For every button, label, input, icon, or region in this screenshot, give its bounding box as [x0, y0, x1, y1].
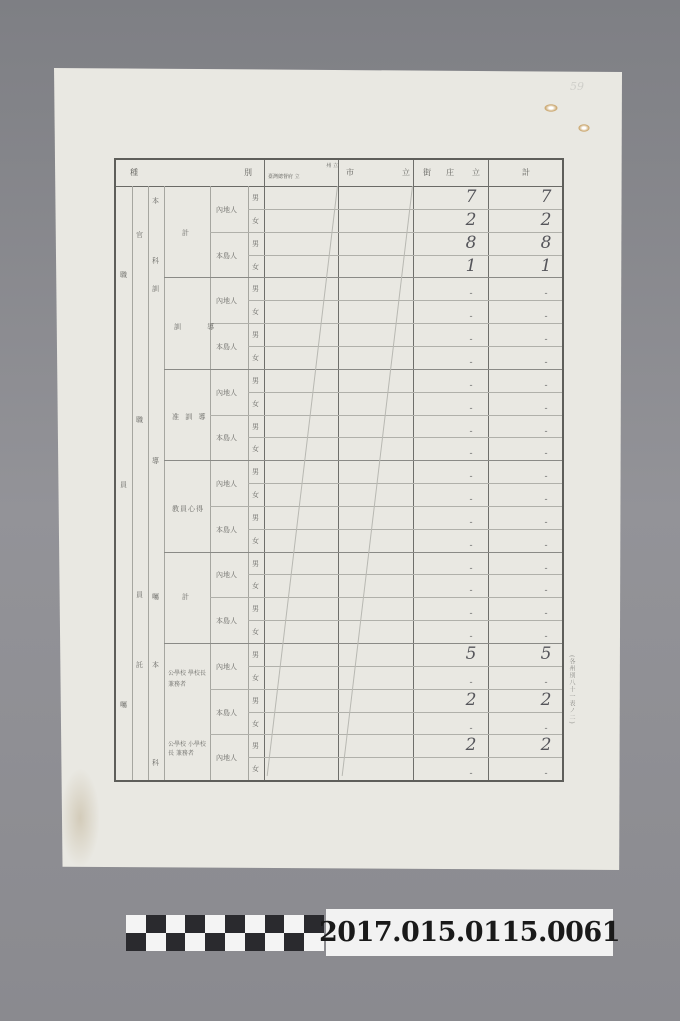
handwritten-count: 1: [461, 256, 481, 276]
row-divider: [248, 209, 562, 210]
empty-dash: -: [461, 495, 481, 505]
col-divider: [338, 160, 339, 780]
empty-dash: -: [536, 564, 556, 574]
row-divider: [248, 437, 562, 438]
checker-square: [185, 933, 205, 951]
row-divider: [248, 255, 562, 256]
row-divider: [248, 483, 562, 484]
empty-dash: -: [536, 678, 556, 688]
label-group: 訓: [152, 284, 159, 294]
col-divider: [264, 160, 265, 780]
checker-square: [225, 915, 245, 933]
label-sex: 男: [252, 467, 259, 477]
label-group: 員: [136, 590, 143, 600]
header-category-left: 種: [130, 167, 138, 178]
row-divider: [210, 232, 562, 233]
empty-dash: -: [461, 564, 481, 574]
row-divider: [248, 620, 562, 621]
label-group: 託: [136, 660, 143, 670]
header-col2-right: 立: [402, 167, 410, 178]
checker-square: [166, 933, 186, 951]
label-ethnicity: 內地人: [216, 479, 237, 489]
checker-square: [126, 915, 146, 933]
row-divider: [210, 689, 562, 690]
checker-square: [265, 933, 285, 951]
checker-square: [245, 915, 265, 933]
handwritten-count: 5: [536, 644, 556, 664]
label-group: 導: [152, 456, 159, 466]
label-sex: 女: [252, 216, 259, 226]
empty-dash: -: [536, 449, 556, 459]
rust-stain: [544, 104, 558, 112]
empty-dash: -: [536, 518, 556, 528]
empty-dash: -: [536, 724, 556, 734]
handwritten-count: 7: [461, 187, 481, 207]
checker-square: [284, 915, 304, 933]
label-sex: 女: [252, 490, 259, 500]
checker-square: [225, 933, 245, 951]
label-ethnicity: 內地人: [216, 753, 237, 763]
empty-dash: -: [461, 449, 481, 459]
label-ethnicity: 本島人: [216, 616, 237, 626]
label-group: 科: [152, 758, 159, 768]
label-outer: 員: [120, 480, 127, 490]
header-col3-a: 街: [423, 167, 431, 178]
label-subgroup: 准 訓 導: [172, 412, 207, 422]
checker-square: [185, 915, 205, 933]
checker-square: [284, 933, 304, 951]
label-subgroup: 公學校 小學校長 兼務者: [168, 740, 208, 758]
catalog-label: 2017.015.0115.0061: [126, 909, 613, 956]
empty-dash: -: [461, 404, 481, 414]
empty-dash: -: [536, 404, 556, 414]
empty-dash: -: [461, 541, 481, 551]
checker-square: [166, 915, 186, 933]
label-sex: 男: [252, 284, 259, 294]
category-divider: [164, 186, 165, 780]
label-ethnicity: 內地人: [216, 662, 237, 672]
empty-dash: -: [536, 381, 556, 391]
label-sex: 女: [252, 536, 259, 546]
label-group: 本: [152, 196, 159, 206]
checker-square: [146, 933, 166, 951]
empty-dash: -: [461, 518, 481, 528]
margin-note: (各州別八十一表ノ二): [567, 655, 576, 725]
empty-dash: -: [461, 358, 481, 368]
category-divider: [210, 186, 211, 780]
empty-dash: -: [536, 769, 556, 779]
label-sex: 女: [252, 719, 259, 729]
empty-dash: -: [536, 472, 556, 482]
strike-line-col2: [342, 186, 413, 776]
row-divider: [164, 643, 562, 644]
color-scale-checkerboard: [126, 915, 324, 951]
label-ethnicity: 內地人: [216, 388, 237, 398]
col-divider: [488, 160, 489, 780]
empty-dash: -: [461, 335, 481, 345]
empty-dash: -: [536, 312, 556, 322]
label-sex: 女: [252, 307, 259, 317]
checker-square: [126, 933, 146, 951]
label-sex: 女: [252, 764, 259, 774]
label-outer: 職: [120, 270, 127, 280]
handwritten-count: 8: [536, 233, 556, 253]
pencil-note: 59: [570, 80, 584, 93]
row-divider: [248, 392, 562, 393]
label-sex: 女: [252, 627, 259, 637]
empty-dash: -: [461, 769, 481, 779]
empty-dash: -: [461, 427, 481, 437]
empty-dash: -: [461, 678, 481, 688]
label-sex: 女: [252, 262, 259, 272]
label-sex: 男: [252, 604, 259, 614]
row-divider: [248, 757, 562, 758]
label-sex: 女: [252, 399, 259, 409]
handwritten-count: 2: [536, 210, 556, 230]
empty-dash: -: [461, 724, 481, 734]
statistics-table: 種 別 州 立 臺灣總督府 立 市 立 街 庄 立 計 職 員 囑 官 職 員 …: [114, 158, 564, 782]
empty-dash: -: [461, 609, 481, 619]
handwritten-count: 2: [536, 690, 556, 710]
label-group: 官: [136, 230, 143, 240]
header-col3-b: 庄: [446, 167, 454, 178]
empty-dash: -: [461, 312, 481, 322]
empty-dash: -: [461, 381, 481, 391]
checker-square: [265, 915, 285, 933]
label-ethnicity: 內地人: [216, 205, 237, 215]
label-sex: 女: [252, 581, 259, 591]
rust-stain: [578, 124, 590, 132]
handwritten-count: 2: [536, 735, 556, 755]
label-sex: 男: [252, 376, 259, 386]
header-col1-bottom: 臺灣總督府 立: [268, 173, 338, 180]
label-sex: 男: [252, 650, 259, 660]
label-ethnicity: 內地人: [216, 570, 237, 580]
header-category-right: 別: [244, 167, 252, 178]
header-col2-left: 市: [346, 167, 354, 178]
row-divider: [248, 712, 562, 713]
checker-square: [205, 933, 225, 951]
label-sex: 男: [252, 330, 259, 340]
empty-dash: -: [461, 632, 481, 642]
label-subgroup: 公學校 學校長 兼務者: [168, 668, 208, 690]
row-divider: [248, 574, 562, 575]
empty-dash: -: [536, 586, 556, 596]
empty-dash: -: [536, 495, 556, 505]
label-sex: 男: [252, 239, 259, 249]
label-ethnicity: 本島人: [216, 708, 237, 718]
label-sex: 男: [252, 741, 259, 751]
row-divider: [248, 346, 562, 347]
handwritten-count: 5: [461, 644, 481, 664]
label-sex: 男: [252, 422, 259, 432]
row-divider: [164, 369, 562, 370]
row-divider: [210, 323, 562, 324]
col-divider: [413, 160, 414, 780]
row-divider: [210, 597, 562, 598]
handwritten-count: 2: [461, 690, 481, 710]
label-outer: 囑: [120, 700, 127, 710]
category-divider: [148, 186, 149, 780]
category-divider: [132, 186, 133, 780]
header-col3-c: 立: [472, 167, 480, 178]
label-ethnicity: 本島人: [216, 342, 237, 352]
strike-line-col1: [267, 186, 338, 776]
label-ethnicity: 本島人: [216, 433, 237, 443]
empty-dash: -: [536, 541, 556, 551]
row-divider: [164, 460, 562, 461]
row-divider: [248, 300, 562, 301]
empty-dash: -: [461, 586, 481, 596]
row-divider: [248, 666, 562, 667]
label-subgroup: 計: [182, 592, 189, 602]
label-group: 囑: [152, 592, 159, 602]
label-group: 科: [152, 256, 159, 266]
checker-square: [245, 933, 265, 951]
handwritten-count: 2: [461, 210, 481, 230]
header-col1-top: 州 立: [268, 162, 338, 169]
empty-dash: -: [536, 632, 556, 642]
label-ethnicity: 內地人: [216, 296, 237, 306]
label-group: 本: [152, 660, 159, 670]
handwritten-count: 2: [461, 735, 481, 755]
water-stain: [60, 768, 100, 868]
label-subgroup: 訓 導: [174, 322, 226, 332]
label-sex: 男: [252, 559, 259, 569]
empty-dash: -: [536, 358, 556, 368]
label-ethnicity: 本島人: [216, 251, 237, 261]
label-sex: 男: [252, 193, 259, 203]
row-divider: [164, 552, 562, 553]
label-sex: 女: [252, 673, 259, 683]
empty-dash: -: [536, 427, 556, 437]
label-subgroup: 計: [182, 228, 189, 238]
row-divider: [210, 734, 562, 735]
label-subgroup: 教員心得: [172, 504, 204, 514]
empty-dash: -: [536, 609, 556, 619]
empty-dash: -: [536, 289, 556, 299]
row-divider: [164, 277, 562, 278]
label-sex: 女: [252, 444, 259, 454]
handwritten-count: 1: [536, 256, 556, 276]
header-col4: 計: [522, 167, 530, 178]
label-ethnicity: 本島人: [216, 525, 237, 535]
empty-dash: -: [536, 335, 556, 345]
accession-number: 2017.015.0115.0061: [326, 909, 613, 956]
row-divider: [210, 415, 562, 416]
label-sex: 男: [252, 513, 259, 523]
empty-dash: -: [461, 472, 481, 482]
row-divider: [210, 506, 562, 507]
label-group: 職: [136, 415, 143, 425]
handwritten-count: 7: [536, 187, 556, 207]
label-sex: 女: [252, 353, 259, 363]
empty-dash: -: [461, 289, 481, 299]
checker-square: [146, 915, 166, 933]
checker-square: [205, 915, 225, 933]
table-header: 種 別 州 立 臺灣總督府 立 市 立 街 庄 立 計: [116, 160, 562, 187]
label-sex: 男: [252, 696, 259, 706]
handwritten-count: 8: [461, 233, 481, 253]
